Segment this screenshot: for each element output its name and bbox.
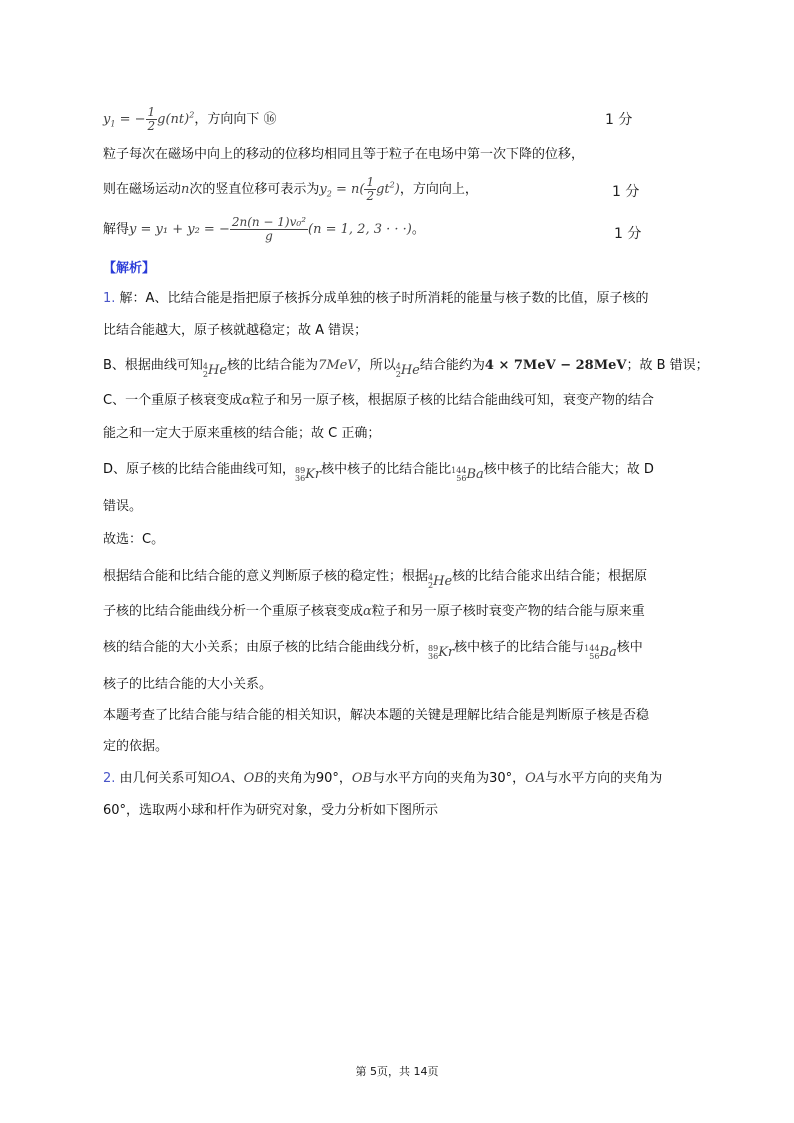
page-footer: 第 5页，共 14页 xyxy=(0,1063,794,1079)
question-number: 1. xyxy=(103,291,115,306)
q1-line-d2: 错误。 xyxy=(103,498,142,516)
q1-line-c1: C、一个重原子核衰变成α粒子和另一原子核，根据原子核的比结合能曲线可知，衰变产物… xyxy=(103,392,654,410)
nuclide-kr: 8936Kr xyxy=(295,466,321,484)
q1-line-c2: 能之和一定大于原来重核的结合能；故 C 正确； xyxy=(103,425,380,443)
score-line-1: y1 = −12g(nt)2，方向向下 ⑯ xyxy=(103,106,276,134)
comment-line-1: 本题考查了比结合能与结合能的相关知识，解决本题的关键是理解比结合能是判断原子核是… xyxy=(103,707,649,725)
nuclide-he: 42He xyxy=(428,573,452,591)
q1-line-d1: D、原子核的比结合能曲线可知，8936Kr核中核子的比结合能比14456Ba核中… xyxy=(103,461,654,484)
summary-line-3: 核的结合能的大小关系；由原子核的比结合能曲线分析，8936Kr核中核子的比结合能… xyxy=(103,639,643,662)
summary-line-1: 根据结合能和比结合能的意义判断原子核的稳定性；根据42He核的比结合能求出结合能… xyxy=(103,568,647,591)
q1-line-1: 1. 解：A、比结合能是指把原子核拆分成单独的核子时所消耗的能量与核子数的比值，… xyxy=(103,290,648,308)
comment-line-2: 定的依据。 xyxy=(103,738,168,756)
direction-text: ，方向向下 ⑯ xyxy=(194,112,276,127)
fraction: 2n(n − 1)v₀²g xyxy=(230,216,308,243)
score-label: 1 分 xyxy=(605,109,632,129)
score-line-4: 解得y = y₁ + y₂ = −2n(n − 1)v₀²g(n = 1, 2,… xyxy=(103,216,425,243)
question-number: 2. xyxy=(103,771,115,786)
formula-y1: y1 = − xyxy=(103,112,146,127)
nuclide-kr: 8936Kr xyxy=(428,644,454,662)
summary-line-4: 核子的比结合能的大小关系。 xyxy=(103,676,272,694)
formula-y: y = y₁ + y₂ = − xyxy=(129,222,230,237)
score-line-2: 粒子每次在磁场中向上的移动的位移均相同且等于粒子在电场中第一次下降的位移， xyxy=(103,146,584,164)
analysis-heading: 【解析】 xyxy=(103,260,155,278)
q2-line-2: 60°，选取两小球和杆作为研究对象，受力分析如下图所示 xyxy=(103,802,438,820)
score-line-3: 则在磁场运动n次的竖直位移可表示为y2 = n(12gt2)，方向向上， xyxy=(103,176,478,204)
nuclide-he: 42He xyxy=(396,362,420,380)
formula-y2: y2 = n( xyxy=(319,182,364,197)
q1-line-b: B、根据曲线可知42He核的比结合能为7MeV，所以42He结合能约为4 × 7… xyxy=(103,357,709,380)
document-page: y1 = −12g(nt)2，方向向下 ⑯ 1 分 粒子每次在磁场中向上的移动的… xyxy=(0,0,794,1123)
q1-answer: 故选：C。 xyxy=(103,531,164,549)
summary-line-2: 子核的比结合能曲线分析一个重原子核衰变成α粒子和另一原子核时衰变产物的结合能与原… xyxy=(103,603,645,621)
fraction: 12 xyxy=(364,176,376,203)
nuclide-ba: 14456Ba xyxy=(451,466,484,484)
nuclide-ba: 14456Ba xyxy=(584,644,617,662)
score-label: 1 分 xyxy=(614,223,641,243)
nuclide-he: 42He xyxy=(203,362,227,380)
q1-line-2: 比结合能越大，原子核就越稳定；故 A 错误； xyxy=(103,322,367,340)
q2-line-1: 2. 由几何关系可知OA、OB的夹角为90°，OB与水平方向的夹角为30°，OA… xyxy=(103,770,662,788)
score-label: 1 分 xyxy=(612,181,639,201)
fraction: 12 xyxy=(146,106,158,133)
